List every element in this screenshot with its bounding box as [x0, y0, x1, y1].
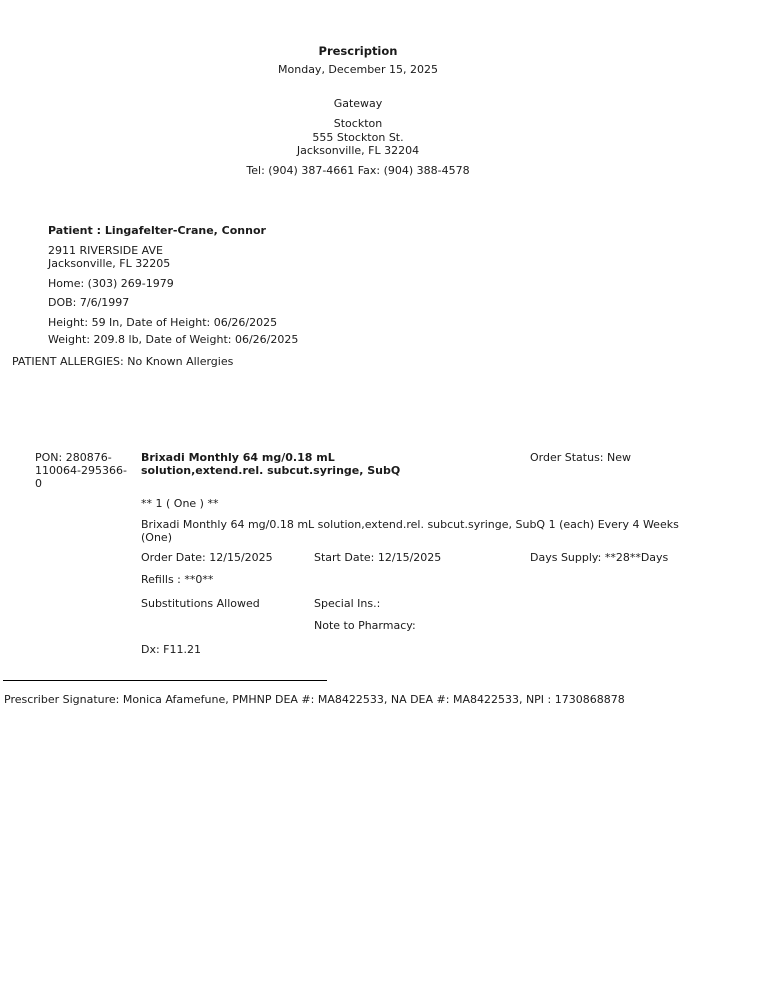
- dispense-quantity: ** 1 ( One ) **: [141, 497, 218, 510]
- location-contact: Tel: (904) 387-4661 Fax: (904) 388-4578: [0, 164, 716, 177]
- patient-name: Patient : Lingafelter-Crane, Connor: [48, 224, 266, 237]
- pon-line2: 110064-295366-: [35, 464, 127, 477]
- note-to-pharmacy: Note to Pharmacy:: [314, 619, 416, 632]
- patient-address-line1: 2911 RIVERSIDE AVE: [48, 244, 163, 257]
- location-address-line1: 555 Stockton St.: [0, 131, 716, 144]
- prescriber-signature: Prescriber Signature: Monica Afamefune, …: [4, 693, 625, 706]
- drug-name-line2: solution,extend.rel. subcut.syringe, Sub…: [141, 464, 400, 477]
- refills: Refills : **0**: [141, 573, 213, 586]
- order-status: Order Status: New: [530, 451, 631, 464]
- page-title: Prescription: [0, 44, 716, 58]
- drug-name-line1: Brixadi Monthly 64 mg/0.18 mL: [141, 451, 335, 464]
- patient-home-phone: Home: (303) 269-1979: [48, 277, 174, 290]
- special-instructions: Special Ins.:: [314, 597, 380, 610]
- sig-line1: Brixadi Monthly 64 mg/0.18 mL solution,e…: [141, 518, 679, 531]
- patient-weight: Weight: 209.8 lb, Date of Weight: 06/26/…: [48, 333, 298, 346]
- order-date: Order Date: 12/15/2025: [141, 551, 273, 564]
- location-name: Stockton: [0, 117, 716, 130]
- pon-line3: 0: [35, 477, 42, 490]
- patient-address-line2: Jacksonville, FL 32205: [48, 257, 170, 270]
- prescription-date: Monday, December 15, 2025: [0, 63, 716, 76]
- sig-line2: (One): [141, 531, 172, 544]
- substitutions: Substitutions Allowed: [141, 597, 260, 610]
- organization-name: Gateway: [0, 97, 716, 110]
- location-address-line2: Jacksonville, FL 32204: [0, 144, 716, 157]
- patient-height: Height: 59 In, Date of Height: 06/26/202…: [48, 316, 277, 329]
- diagnosis-code: Dx: F11.21: [141, 643, 201, 656]
- start-date: Start Date: 12/15/2025: [314, 551, 441, 564]
- patient-allergies: PATIENT ALLERGIES: No Known Allergies: [12, 355, 233, 368]
- patient-dob: DOB: 7/6/1997: [48, 296, 129, 309]
- signature-line: [3, 680, 327, 681]
- days-supply: Days Supply: **28**Days: [530, 551, 668, 564]
- pon-line1: PON: 280876-: [35, 451, 112, 464]
